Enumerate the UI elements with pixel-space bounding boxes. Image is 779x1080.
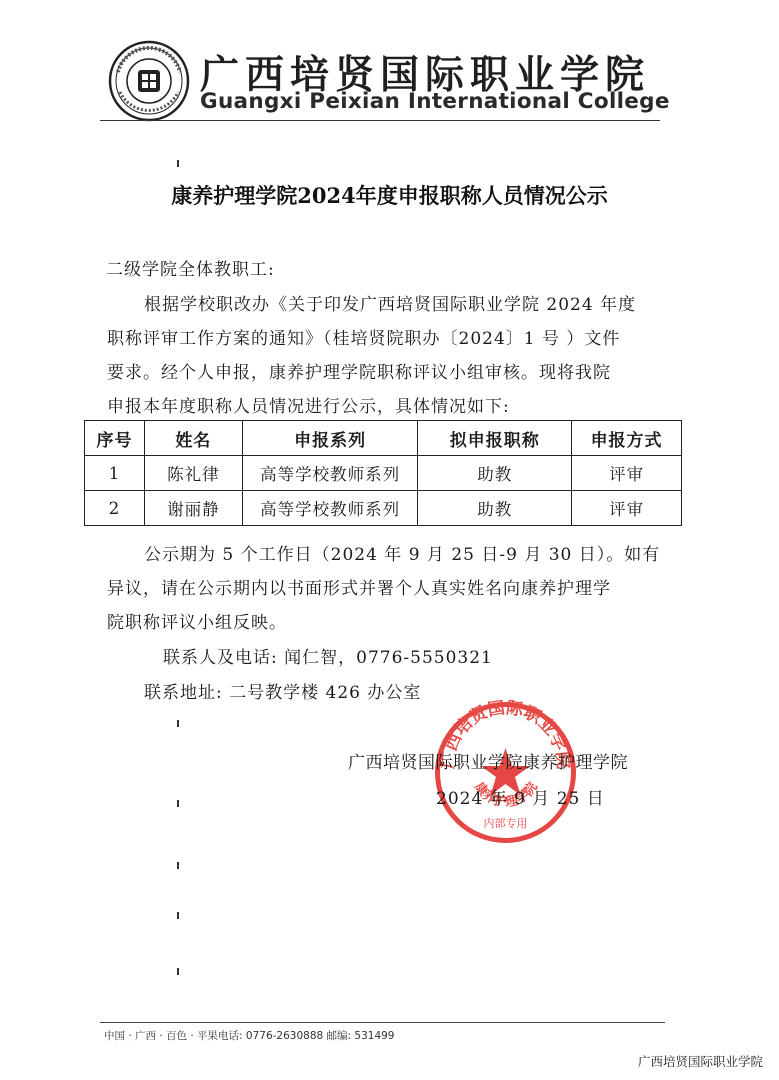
signature-organization: 广西培贤国际职业学院康养护理学院 — [348, 748, 628, 773]
document-page: 广西培贤国际职业学院 Guangxi Peixian International… — [0, 0, 779, 1080]
cell-series: 高等学校教师系列 — [242, 456, 418, 491]
cell-title: 助教 — [418, 491, 572, 526]
body-line-1: 根据学校职改办《关于印发广西培贤国际职业学院 2024 年度 — [144, 290, 636, 315]
school-name-english: Guangxi Peixian International College — [200, 89, 670, 114]
cell-method: 评审 — [572, 491, 682, 526]
table-row: 2 谢丽静 高等学校教师系列 助教 评审 — [85, 491, 682, 526]
svg-text:内部专用: 内部专用 — [484, 816, 528, 830]
header-method: 申报方式 — [572, 421, 682, 456]
cell-index: 2 — [85, 491, 145, 526]
notice-line-1: 公示期为 5 个工作日（2024 年 9 月 25 日-9 月 30 日）。如有 — [144, 540, 660, 565]
signature-date: 2024 年 9 月 25 日 — [436, 784, 605, 809]
body-line-2: 职称评审工作方案的通知》（桂培贤院职办〔2024〕1 号 ）文件 — [107, 324, 620, 349]
cell-name: 陈礼律 — [144, 456, 242, 491]
applicant-table: 序号 姓名 申报系列 拟申报职称 申报方式 1 陈礼律 高等学校教师系列 助教 … — [84, 420, 682, 526]
salutation: 二级学院全体教职工: — [106, 255, 275, 280]
cell-title: 助教 — [418, 456, 572, 491]
cell-name: 谢丽静 — [144, 491, 242, 526]
table-header-row: 序号 姓名 申报系列 拟申报职称 申报方式 — [85, 421, 682, 456]
header-name: 姓名 — [144, 421, 242, 456]
margin-mark — [177, 720, 179, 727]
margin-mark — [177, 862, 179, 869]
contact-person: 联系人及电话: 闻仁智，0776-5550321 — [163, 643, 493, 668]
header-series: 申报系列 — [242, 421, 418, 456]
footer-address: 中国 · 广西 · 百色 · 平果电话: 0776-2630888 邮编: 53… — [104, 1028, 394, 1043]
cell-index: 1 — [85, 456, 145, 491]
header-divider — [100, 120, 660, 121]
contact-address: 联系地址: 二号教学楼 426 办公室 — [144, 678, 421, 703]
margin-mark — [177, 912, 179, 919]
body-line-3: 要求。经个人申报，康养护理学院职称评议小组审核。现将我院 — [107, 358, 611, 383]
margin-mark — [177, 800, 179, 807]
header-title: 拟申报职称 — [418, 421, 572, 456]
document-title: 康养护理学院2024年度申报职称人员情况公示 — [0, 180, 779, 210]
margin-mark — [177, 160, 179, 167]
header-index: 序号 — [85, 421, 145, 456]
cell-method: 评审 — [572, 456, 682, 491]
notice-line-2: 异议，请在公示期内以书面形式并署个人真实姓名向康养护理学 — [107, 574, 611, 599]
margin-mark — [177, 968, 179, 975]
footer-divider — [100, 1022, 665, 1023]
source-watermark: 广西培贤国际职业学院 — [638, 1052, 763, 1070]
notice-line-3: 院职称评议小组反映。 — [107, 608, 287, 633]
table-row: 1 陈礼律 高等学校教师系列 助教 评审 — [85, 456, 682, 491]
cell-series: 高等学校教师系列 — [242, 491, 418, 526]
school-emblem-icon — [108, 40, 190, 122]
body-line-4: 申报本年度职称人员情况进行公示，具体情况如下: — [107, 392, 510, 417]
